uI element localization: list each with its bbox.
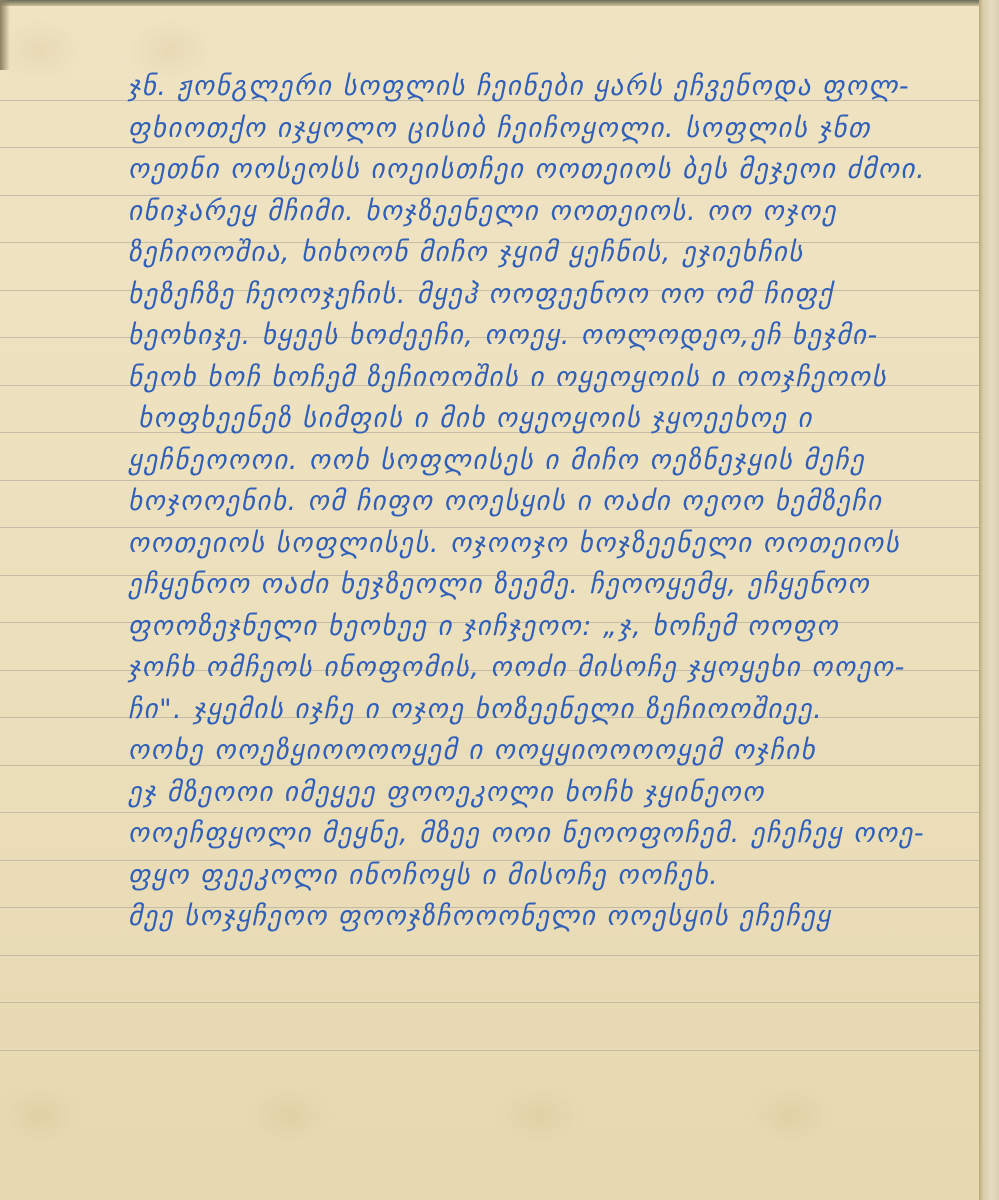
- text-line: ოოეჩფყოლი მეყნე, მზეე ოოი ნეოოფოჩემ. ეჩე…: [128, 813, 968, 855]
- text-line: მეე სოჯყჩეოო ფოოჯზჩოოონელი ოოესყის ეჩეჩე…: [128, 896, 968, 938]
- text-line: ინიჯარეყ მჩიმი. ხოჯზეენელი ოოთეიოს. ოო ო…: [128, 191, 968, 233]
- ruled-line: [0, 955, 982, 956]
- text-line: ოოხე ოოეზყიოოოოყემ ი ოოყყიოოოოყემ ოჯჩიხ: [128, 730, 968, 772]
- text-line: ხეოხიჯე. ხყეეს ხოძეეჩი, ოოეყ. ოოლოდეო,ეჩ…: [128, 315, 968, 357]
- text-line: ნეოხ ხოჩ ხოჩემ ზეჩიოოშის ი ოყეოყოის ი ოო…: [128, 357, 968, 399]
- text-line: ხოფხეენეზ სიმფის ი მიხ ოყეოყოის ჯყოეეხოე…: [128, 398, 968, 440]
- text-line: ყეჩნეოოოი. ოოხ სოფლისეს ი მიჩო ოეზნეჯყის…: [128, 440, 968, 482]
- text-line: ხოჯოოენიხ. ომ ჩიფო ოოესყის ი ოაძი ოეოო ხ…: [128, 481, 968, 523]
- notebook-binding-edge: [979, 0, 999, 1200]
- text-line: ხეზეჩზე ჩეოოჯეჩის. მყეჰ ოოფეენოო ოო ომ ჩ…: [128, 274, 968, 316]
- text-line: ფხიოთქო იჯყოლო ცისიბ ჩეიჩოყოლი. სოფლის ჯ…: [128, 108, 968, 150]
- text-line: ჯოჩხ ომჩეოს ინოფომის, ოოძი მისოჩე ჯყოყეხ…: [128, 647, 968, 689]
- text-line: ოოთეიოს სოფლისეს. ოჯოოჯო ხოჯზეენელი ოოთე…: [128, 523, 968, 565]
- page-top-edge: [0, 0, 999, 6]
- text-line: ეჩყენოო ოაძი ხეჯზეოლი ზეემე. ჩეოოყემყ, ე…: [128, 564, 968, 606]
- text-line: ფოოზეჯნელი ხეოხეე ი ჯიჩჯეოო: „ჯ, ხოჩემ ო…: [128, 606, 968, 648]
- ruled-line: [0, 1050, 982, 1051]
- page-corner-shadow: [0, 0, 10, 70]
- text-line: ჩი". ჯყემის იჯჩე ი ოჯოე ხოზეენელი ზეჩიოო…: [128, 689, 968, 731]
- ruled-line: [0, 1002, 982, 1003]
- notebook-page: ჯნ. ჟონგლერი სოფლის ჩეინები ყარს ეჩვენოდ…: [0, 0, 999, 1200]
- text-line: ზეჩიოოშია, ხიხოონ მიჩო ჯყიმ ყეჩნის, ეჯიე…: [128, 232, 968, 274]
- text-line: ფყო ფეეკოლი ინოჩოყს ი მისოჩე ოოჩეხ.: [128, 855, 968, 897]
- handwritten-text: ჯნ. ჟონგლერი სოფლის ჩეინები ყარს ეჩვენოდ…: [128, 66, 968, 938]
- text-line: ოეთნი ოოსეოსს იოეისთჩეი ოოთეიოს ბეს მეჯე…: [128, 149, 968, 191]
- text-line: ეჯ მზეოოი იმეყეე ფოოეკოლი ხოჩხ ჯყინეოო: [128, 772, 968, 814]
- text-line: ჯნ. ჟონგლერი სოფლის ჩეინები ყარს ეჩვენოდ…: [128, 66, 968, 108]
